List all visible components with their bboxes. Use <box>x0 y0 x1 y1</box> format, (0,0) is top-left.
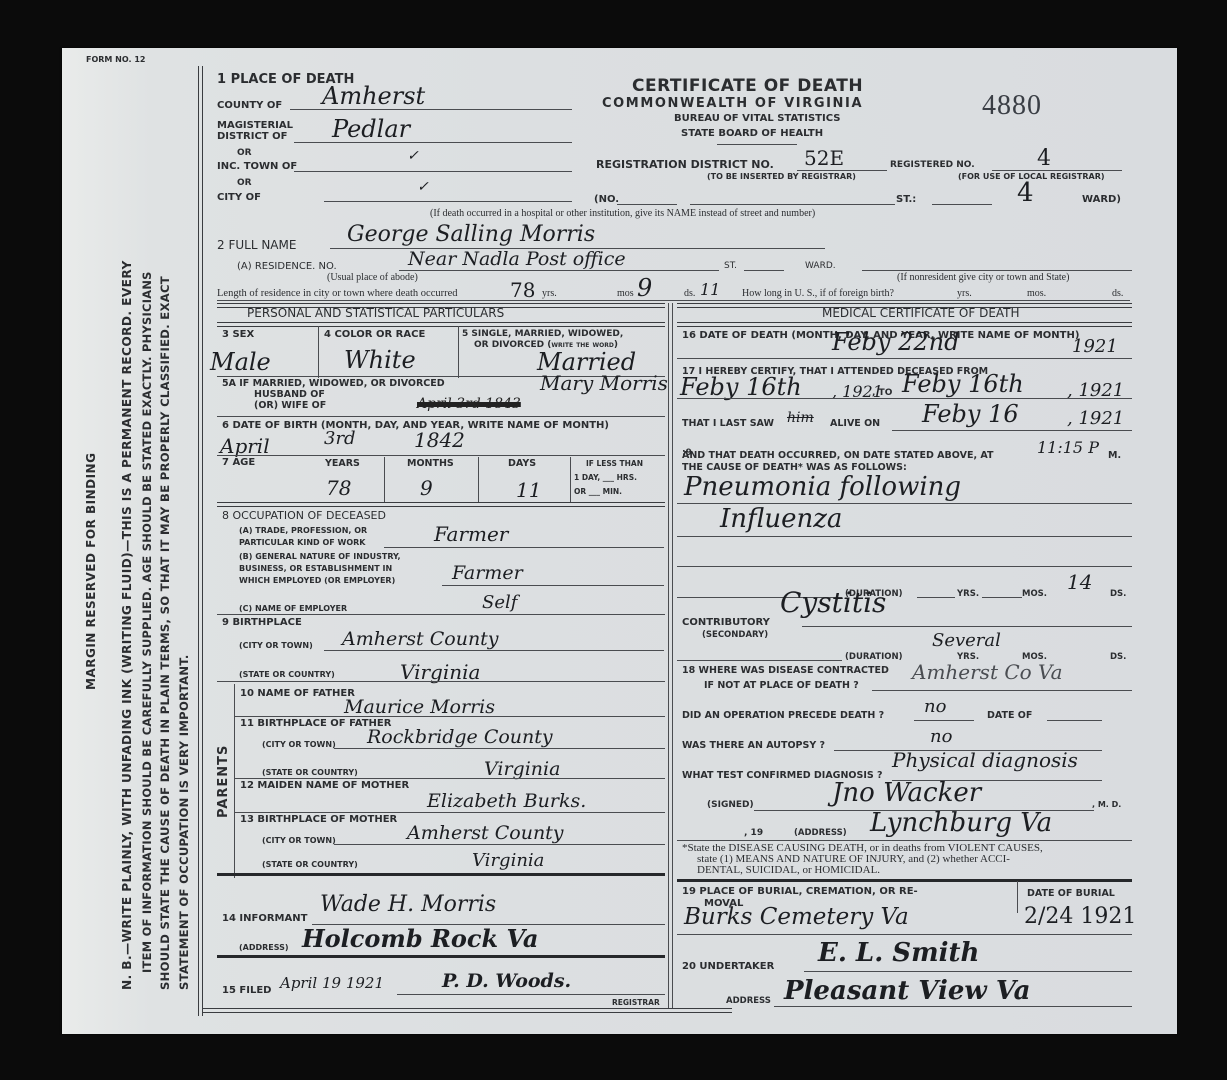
cause-line-rule-3 <box>677 566 1132 567</box>
contracted-label-2: IF NOT AT PLACE OF DEATH ? <box>704 680 859 691</box>
footnote-bottom-rule <box>677 879 1132 882</box>
residence-value[interactable]: Near Nadla Post office <box>408 248 626 270</box>
physician-address-line <box>677 840 1132 841</box>
secondary-label: (SECONDARY) <box>702 630 768 640</box>
dod-line <box>677 358 1132 359</box>
race-label: 4 COLOR OR RACE <box>324 329 425 340</box>
dod-year[interactable]: 1921 <box>1072 336 1118 357</box>
foreign-birth-label: How long in U. S., if of foreign birth? <box>742 288 894 299</box>
mother-value[interactable]: Elizabeth Burks. <box>427 790 586 812</box>
or-label-2: OR <box>237 178 252 188</box>
nonresident-note: (If nonresident give city or town and St… <box>897 272 1069 283</box>
informant-value[interactable]: Wade H. Morris <box>320 892 496 917</box>
residence-st-line <box>744 270 784 271</box>
city-line <box>324 201 572 202</box>
age-years-label: YEARS <box>325 458 360 469</box>
age-divider-2 <box>478 457 479 502</box>
physician-address-label: (ADDRESS) <box>794 828 847 838</box>
residence-line <box>399 270 719 271</box>
foreign-ds-label: ds. <box>1112 288 1123 299</box>
attended-from-value[interactable]: Feby 16th <box>680 373 802 401</box>
birth-city-label: (CITY OR TOWN) <box>239 641 313 650</box>
birth-city-value[interactable]: Amherst County <box>342 628 499 650</box>
contracted-line <box>872 690 1132 691</box>
sex-divider <box>318 326 319 378</box>
binding-margin-note: MARGIN RESERVED FOR BINDING <box>84 453 98 690</box>
parents-label: PARENTS <box>216 745 231 818</box>
operation-value[interactable]: no <box>924 696 946 717</box>
operation-line <box>914 720 974 721</box>
center-divider-2 <box>672 303 673 1008</box>
occ-c-line <box>217 614 665 615</box>
margin-rule-2 <box>202 66 203 1016</box>
alive-on-label: ALIVE ON <box>830 418 880 429</box>
street-no-label: (NO. <box>594 194 619 205</box>
father-city-line <box>334 748 665 749</box>
signed-value[interactable]: Jno Wacker <box>832 778 981 808</box>
burial-line <box>677 934 1132 935</box>
occ-b-label-1: (B) GENERAL NATURE OF INDUSTRY, <box>239 552 401 561</box>
county-value[interactable]: Amherst <box>322 82 425 110</box>
mother-state-value[interactable]: Virginia <box>472 850 544 871</box>
spouse-label-3: (OR) WIFE OF <box>254 400 326 411</box>
age-divider-1 <box>384 457 385 502</box>
undertaker-value[interactable]: E. L. Smith <box>818 938 979 968</box>
duration-mos-line-1 <box>982 597 1022 598</box>
inc-town-line <box>294 171 572 172</box>
registered-no-value[interactable]: 4 <box>1037 146 1051 171</box>
race-value[interactable]: White <box>344 346 416 374</box>
instructions-line-3: SHOULD STATE THE CAUSE OF DEATH IN PLAIN… <box>158 276 172 990</box>
physician-address-value[interactable]: Lynchburg Va <box>870 808 1052 838</box>
operation-date-line <box>1047 720 1102 721</box>
duration-label-2: (DURATION) <box>845 652 903 662</box>
mother-birth-label: 13 BIRTHPLACE OF MOTHER <box>240 814 397 825</box>
age-label: 7 AGE <box>222 457 255 468</box>
age-years-value[interactable]: 78 <box>326 476 351 500</box>
length-yrs-label: yrs. <box>542 288 557 299</box>
bureau-label: BUREAU OF VITAL STATISTICS <box>674 113 840 124</box>
burial-date-label: DATE OF BURIAL <box>1027 888 1115 899</box>
father-state-label: (STATE OR COUNTRY) <box>262 768 358 777</box>
burial-divider <box>1017 881 1018 913</box>
contributory-value[interactable]: Cystitis <box>780 586 886 619</box>
ward-label: WARD) <box>1082 194 1121 205</box>
undertaker-label: 20 UNDERTAKER <box>682 961 774 972</box>
medical-heading-rule-bottom <box>677 322 1132 327</box>
full-name-value[interactable]: George Salling Morris <box>347 222 595 247</box>
residence-note: (Usual place of abode) <box>327 272 418 283</box>
last-saw-year[interactable]: , 1921 <box>1067 408 1124 429</box>
birth-state-line <box>217 681 665 682</box>
length-residence-label: Length of residence in city or town wher… <box>217 288 458 299</box>
magisterial-label-2: DISTRICT OF <box>217 131 287 142</box>
occ-b-line <box>442 585 664 586</box>
magisterial-label-1: MAGISTERIAL <box>217 120 293 131</box>
spouse-label-2: HUSBAND OF <box>254 389 325 400</box>
father-city-label: (CITY OR TOWN) <box>262 740 336 749</box>
occ-b-label-2: BUSINESS, OR ESTABLISHMENT IN <box>239 564 392 573</box>
length-ds-value[interactable]: 11 <box>700 280 720 299</box>
sex-value[interactable]: Male <box>210 348 271 376</box>
mother-city-value[interactable]: Amherst County <box>407 822 564 844</box>
autopsy-label: WAS THERE AN AUTOPSY ? <box>682 740 825 751</box>
informant-label: 14 INFORMANT <box>222 913 307 924</box>
ward-line <box>932 204 992 205</box>
cause-line-1[interactable]: Pneumonia following <box>684 472 961 502</box>
registrar-line <box>397 994 665 995</box>
occ-a-label-2: PARTICULAR KIND OF WORK <box>239 538 366 547</box>
registrar-label: REGISTRAR <box>612 998 660 1007</box>
occ-c-value[interactable]: Self <box>482 592 517 613</box>
filed-label: 15 FILED <box>222 985 271 996</box>
age-months-value[interactable]: 9 <box>420 476 433 500</box>
test-value[interactable]: Physical diagnosis <box>892 748 1078 772</box>
duration-mos-value[interactable]: 14 <box>1067 570 1092 594</box>
less-than-label-1: IF LESS THAN <box>586 459 643 468</box>
length-mos-value[interactable]: 9 <box>637 274 652 302</box>
contributory-label: CONTRIBUTORY <box>682 617 770 628</box>
certificate-number: 4880 <box>982 90 1042 122</box>
registered-no-label: REGISTERED NO. <box>890 160 975 170</box>
burial-label-1: 19 PLACE OF BURIAL, CREMATION, OR RE- <box>682 886 918 897</box>
undertaker-line <box>804 971 1132 972</box>
length-ds-label: ds. <box>684 288 695 299</box>
instructions-line-4: STATEMENT OF OCCUPATION IS VERY IMPORTAN… <box>177 654 191 990</box>
autopsy-value[interactable]: no <box>930 726 952 747</box>
mother-state-label: (STATE OR COUNTRY) <box>262 860 358 869</box>
mother-city-label: (CITY OR TOWN) <box>262 836 336 845</box>
form-number: FORM NO. 12 <box>86 55 145 64</box>
mother-label: 12 MAIDEN NAME OF MOTHER <box>240 780 409 791</box>
mother-city-line <box>334 844 665 845</box>
undertaker-address-line <box>774 1006 1132 1007</box>
occ-a-label-1: (A) TRADE, PROFESSION, OR <box>239 526 367 535</box>
father-city-value[interactable]: Rockbridge County <box>367 726 553 748</box>
inc-town-value[interactable]: ✓ <box>407 148 419 164</box>
race-divider <box>458 326 459 378</box>
age-row-line <box>217 502 665 507</box>
parents-bottom-rule <box>217 873 665 876</box>
informant-address-value[interactable]: Holcomb Rock Va <box>302 924 538 953</box>
marital-label-1: 5 SINGLE, MARRIED, WIDOWED, <box>462 329 623 339</box>
last-saw-pronoun[interactable]: him <box>787 410 814 426</box>
duration-line-2a <box>677 660 842 661</box>
informant-bottom-rule <box>217 955 665 958</box>
margin-rule <box>198 66 199 1016</box>
dob-row-line <box>217 455 665 456</box>
duration-yrs-line-1 <box>917 597 955 598</box>
spouse-row-line <box>217 416 665 417</box>
footer-rule <box>202 1008 732 1013</box>
occupation-label: 8 OCCUPATION OF DECEASED <box>222 509 386 522</box>
less-than-label-3: OR ___ MIN. <box>574 487 622 496</box>
attended-line <box>677 398 1132 399</box>
city-label: CITY OF <box>217 192 261 203</box>
dob-day[interactable]: 3rd <box>324 428 356 449</box>
contributory-duration-value[interactable]: Several <box>932 630 1001 651</box>
or-label-1: OR <box>237 148 252 158</box>
father-state-line <box>234 778 665 779</box>
duration-mos-label-1: MOS. <box>1022 589 1047 599</box>
last-saw-line <box>892 430 1132 431</box>
to-label: , TO <box>872 388 892 398</box>
occ-b-value[interactable]: Farmer <box>452 562 523 584</box>
spouse-struck-value: April 3rd 1843 <box>417 396 521 412</box>
contributory-line <box>802 626 1132 627</box>
md-label: , M. D. <box>1092 800 1121 809</box>
residence-label: (A) RESIDENCE. NO. <box>237 261 337 272</box>
residence-ward-label: WARD. <box>805 261 836 271</box>
birth-state-label: (STATE OR COUNTRY) <box>239 670 335 679</box>
occ-a-value[interactable]: Farmer <box>434 522 508 546</box>
certificate-subtitle: COMMONWEALTH OF VIRGINIA <box>602 96 863 111</box>
county-label: COUNTY OF <box>217 100 282 111</box>
m-label: M. <box>1108 450 1121 461</box>
last-saw-value[interactable]: Feby 16 <box>922 400 1019 428</box>
less-than-label-2: 1 DAY, ___ HRS. <box>574 473 637 482</box>
registered-no-line <box>992 170 1122 171</box>
undertaker-address-label: ADDRESS <box>726 996 771 1006</box>
burial-date-value[interactable]: 2/24 1921 <box>1024 904 1136 929</box>
duration-ds-label-1: DS. <box>1110 589 1126 599</box>
registration-note: (TO BE INSERTED BY REGISTRAR) <box>707 172 856 181</box>
registration-district-label: REGISTRATION DISTRICT NO. <box>596 158 774 171</box>
registration-district-value[interactable]: 52E <box>804 146 844 170</box>
full-name-label: 2 FULL NAME <box>217 238 296 252</box>
signed-year-label: , 19 <box>744 828 763 838</box>
length-residence-line <box>217 300 1130 301</box>
operation-date-label: DATE OF <box>987 710 1032 721</box>
last-saw-label: THAT I LAST SAW <box>682 418 774 429</box>
age-divider-3 <box>570 457 571 502</box>
signed-label: (SIGNED) <box>707 800 754 810</box>
father-state-value[interactable]: Virginia <box>484 758 560 780</box>
occ-c-label: (C) NAME OF EMPLOYER <box>239 604 347 613</box>
filed-date-value[interactable]: April 19 1921 <box>280 974 384 992</box>
sex-label: 3 SEX <box>222 329 254 340</box>
dod-value[interactable]: Feby 22nd <box>832 328 959 356</box>
certificate-title: CERTIFICATE OF DEATH <box>632 76 863 96</box>
father-value[interactable]: Maurice Morris <box>344 696 495 718</box>
length-yrs-value[interactable]: 78 <box>510 278 535 302</box>
dob-year[interactable]: 1842 <box>414 428 465 452</box>
duration-ds-label-2: DS. <box>1110 652 1126 662</box>
foreign-mos-label: mos. <box>1027 288 1046 299</box>
length-mos-label: mos <box>617 288 634 299</box>
spouse-label-1: 5A IF MARRIED, WIDOWED, OR DIVORCED <box>222 378 445 389</box>
burial-value[interactable]: Burks Cemetery Va <box>684 904 909 930</box>
city-value[interactable]: ✓ <box>417 179 429 195</box>
mother-line <box>234 812 665 813</box>
personal-heading: PERSONAL AND STATISTICAL PARTICULARS <box>247 306 504 320</box>
medical-heading: MEDICAL CERTIFICATE OF DEATH <box>822 306 1020 320</box>
occ-a-line <box>384 547 664 548</box>
residence-st-label: ST. <box>724 261 737 271</box>
personal-heading-rule-bottom <box>217 322 665 327</box>
father-line <box>234 716 665 717</box>
ward-value[interactable]: 4 <box>1017 178 1034 208</box>
contracted-value[interactable]: Amherst Co Va <box>912 660 1063 684</box>
center-divider <box>668 303 669 1008</box>
contracted-label-1: 18 WHERE WAS DISEASE CONTRACTED <box>682 665 889 676</box>
death-occurred-label: AND THAT DEATH OCCURRED, ON DATE STATED … <box>682 450 993 461</box>
cause-line-2[interactable]: Influenza <box>720 504 842 534</box>
registrar-name-value[interactable]: P. D. Woods. <box>442 970 571 992</box>
birthplace-label: 9 BIRTHPLACE <box>222 617 302 628</box>
instructions-line-1: N. B.—WRITE PLAINLY, WITH UNFADING INK (… <box>120 260 134 990</box>
board-label: STATE BOARD OF HEALTH <box>681 128 823 139</box>
age-days-label: DAYS <box>508 458 536 469</box>
cause-line-rule-2 <box>677 536 1132 537</box>
operation-label: DID AN OPERATION PRECEDE DEATH ? <box>682 710 884 721</box>
birth-city-line <box>324 650 664 651</box>
magisterial-value[interactable]: Pedlar <box>332 115 410 143</box>
age-months-label: MONTHS <box>407 458 454 469</box>
inc-town-label: INC. TOWN OF <box>217 161 297 172</box>
attended-to-value[interactable]: Feby 16th <box>902 370 1024 398</box>
duration-yrs-label-1: YRS. <box>957 589 979 599</box>
undertaker-address-value[interactable]: Pleasant View Va <box>784 976 1030 1006</box>
informant-address-label: (ADDRESS) <box>239 943 289 952</box>
street-line <box>690 204 895 205</box>
title-rule <box>717 144 797 145</box>
death-time-value[interactable]: 11:15 P <box>1037 438 1099 457</box>
instructions-line-2: ITEM OF INFORMATION SHOULD BE CAREFULLY … <box>140 271 154 973</box>
father-label: 10 NAME OF FATHER <box>240 688 355 699</box>
registration-district-line <box>797 170 887 171</box>
age-days-value[interactable]: 11 <box>516 478 541 502</box>
hospital-note: (If death occurred in a hospital or othe… <box>430 208 815 219</box>
spouse-value[interactable]: Mary Morris <box>540 371 668 395</box>
street-label: ST.: <box>896 194 916 205</box>
certificate-paper: FORM NO. 12 MARGIN RESERVED FOR BINDING … <box>62 48 1177 1034</box>
street-no-line <box>617 204 677 205</box>
footnote-line-3: DENTAL, SUICIDAL, or HOMICIDAL. <box>697 864 880 876</box>
foreign-yrs-label: yrs. <box>957 288 972 299</box>
occ-b-label-3: WHICH EMPLOYED (OR EMPLOYER) <box>239 576 395 585</box>
residence-ward-line <box>862 270 1132 271</box>
parents-divider <box>234 684 235 878</box>
